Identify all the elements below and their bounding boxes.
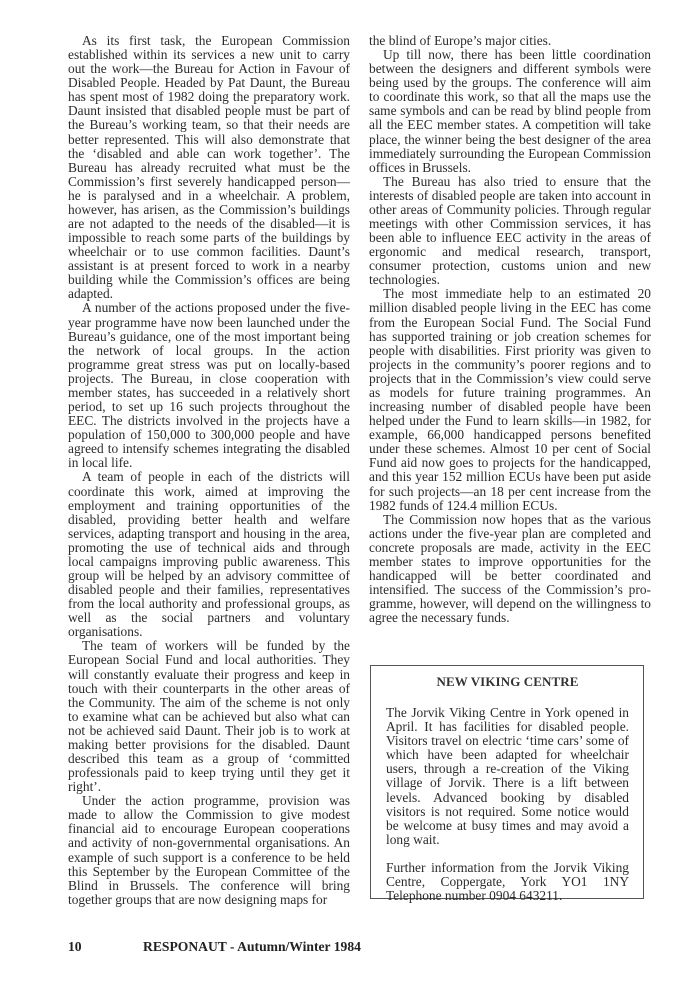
paragraph: As its first task, the European Commissi… xyxy=(68,34,350,301)
article-left-column: As its first task, the European Commissi… xyxy=(68,34,350,907)
paragraph: Up till now, there has been little coord… xyxy=(369,48,651,175)
sidebar-box-body: The Jorvik Viking Centre in York opened … xyxy=(386,706,629,903)
paragraph: A team of people in each of the district… xyxy=(68,470,350,639)
sidebar-box-title: NEW VIKING CENTRE xyxy=(386,674,629,690)
paragraph: The Bureau has also tried to ensure that… xyxy=(369,175,651,288)
paragraph: Under the action programme, provision wa… xyxy=(68,794,350,907)
sidebar-box-new-viking-centre: NEW VIKING CENTRE The Jorvik Viking Cent… xyxy=(370,665,644,899)
page-number: 10 xyxy=(68,939,82,955)
paragraph-continuation: the blind of Europe’s major cities. xyxy=(369,34,651,48)
sidebar-box-text: The Jorvik Viking Centre in York opened … xyxy=(386,706,629,847)
paragraph: The team of workers will be funded by th… xyxy=(68,639,350,794)
sidebar-box-contact: Further information from the Jorvik Viki… xyxy=(386,861,629,903)
paragraph: The Commission now hopes that as the var… xyxy=(369,513,651,626)
paragraph: A number of the actions proposed under t… xyxy=(68,301,350,470)
journal-title: RESPONAUT - Autumn/Winter 1984 xyxy=(143,939,361,955)
article-right-column: the blind of Europe’s major cities. Up t… xyxy=(369,34,651,625)
paragraph: The most immediate help to an estimated … xyxy=(369,287,651,512)
